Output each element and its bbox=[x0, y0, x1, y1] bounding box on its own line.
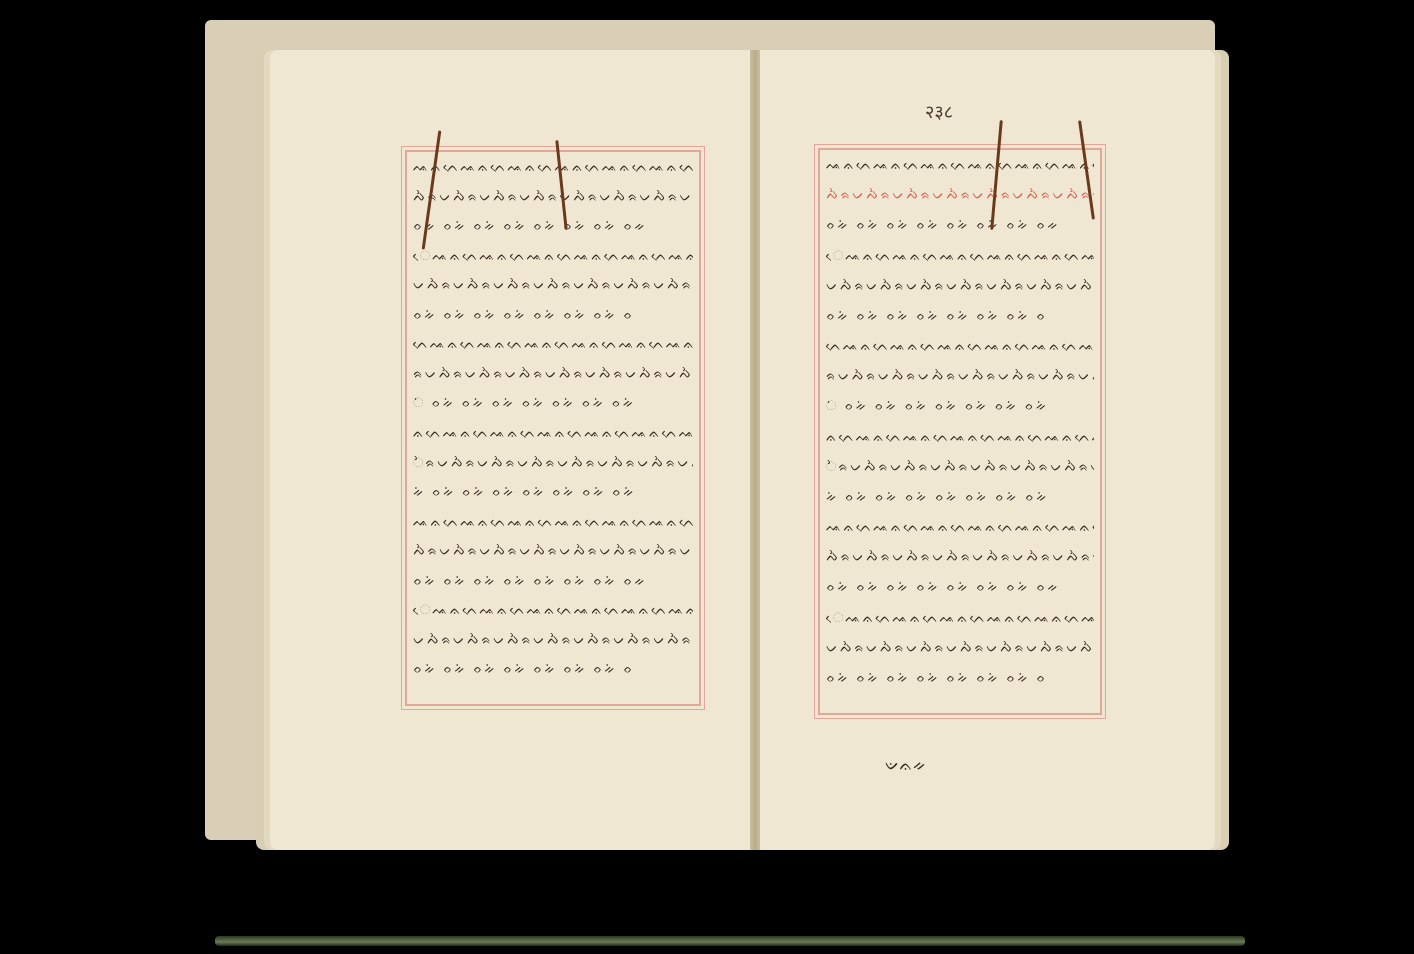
manuscript-line: ᨊᨈᨙᨕᨊᨈᨙᨕᨊᨈᨙᨕᨊᨈᨙᨕᨊᨈᨙᨕᨊᨈᨙᨕᨊᨈᨙᨕᨊᨈ bbox=[826, 430, 1094, 444]
manuscript-line: ᨙᨕᨊᨈᨙᨕᨊᨈᨙᨕᨊᨈᨙᨕᨊᨈᨙᨕᨊᨈᨙᨕᨊᨈᨙᨕᨊᨈᨙᨕ bbox=[826, 611, 1094, 625]
manuscript-line: ᨔᨀᨗ ᨔᨀᨗ ᨔᨀᨗ ᨔᨀᨗ ᨔᨀᨗ ᨔᨀᨗ ᨔᨀᨗ ᨔ bbox=[826, 671, 1094, 685]
manuscript-line: ᨙᨕᨊᨈᨙᨕᨊᨈᨙᨕᨊᨈᨙᨕᨊᨈᨙᨕᨊᨈᨙᨕᨊᨈᨙᨕᨊᨈᨙᨕ bbox=[413, 603, 693, 617]
manuscript-line: ᨀᨗ ᨔᨀᨗ ᨔᨀᨗ ᨔᨀᨗ ᨔᨀᨗ ᨔᨀᨗ ᨔᨀᨗ ᨔᨀᨗ bbox=[413, 485, 693, 499]
manuscript-line: ᨈᨙᨕᨊᨈᨙᨕᨊᨈᨙᨕᨊᨈᨙᨕᨊᨈᨙᨕᨊᨈᨙᨕᨊᨈᨙᨕᨊᨈᨙ bbox=[826, 339, 1094, 353]
manuscript-line: ᨛᨑᨆᨄᨛᨑᨆᨄᨛᨑᨆᨄᨛᨑᨆᨄᨛᨑᨆᨄᨛᨑᨆᨄᨛᨑᨆᨄᨛᨑ bbox=[413, 456, 693, 470]
manuscript-line: ᨔᨀᨗ ᨔᨀᨗ ᨔᨀᨗ ᨔᨀᨗ ᨔᨀᨗ ᨔᨀᨗ ᨔᨀᨗ ᨔ bbox=[413, 308, 693, 322]
manuscript-line: ᨑᨆᨄᨛᨑᨆᨄᨛᨑᨆᨄᨛᨑᨆᨄᨛᨑᨆᨄᨛᨑᨆᨄᨛᨑᨆᨄᨛᨑᨆ bbox=[826, 369, 1094, 383]
manuscript-line: ᨙᨕᨊᨈᨙᨕᨊᨈᨙᨕᨊᨈᨙᨕᨊᨈᨙᨕᨊᨈᨙᨕᨊᨈᨙᨕᨊᨈᨙᨕ bbox=[826, 249, 1094, 263]
manuscript-line: ᨄᨛᨑᨆᨄᨛᨑᨆᨄᨛᨑᨆᨄᨛᨑᨆᨄᨛᨑᨆᨄᨛᨑᨆᨄᨛᨑᨆᨄᨛ bbox=[413, 190, 693, 204]
left-text-frame: ᨕᨊᨈᨙᨕᨊᨈᨙᨕᨊᨈᨙᨕᨊᨈᨙᨕᨊᨈᨙᨕᨊᨈᨙᨕᨊᨈᨙᨕᨊᨄᨛᨑᨆᨄᨛᨑᨆᨄᨛ… bbox=[405, 150, 701, 706]
page-number: २३८ bbox=[925, 100, 953, 124]
manuscript-line: ᨆᨄᨛᨑᨆᨄᨛᨑᨆᨄᨛᨑᨆᨄᨛᨑᨆᨄᨛᨑᨆᨄᨛᨑᨆᨄᨛᨑᨆᨄ bbox=[826, 641, 1094, 655]
manuscript-line: ᨗ ᨔᨀᨗ ᨔᨀᨗ ᨔᨀᨗ ᨔᨀᨗ ᨔᨀᨗ ᨔᨀᨗ ᨔᨀᨗ bbox=[826, 399, 1094, 413]
manuscript-line: ᨊᨈᨙᨕᨊᨈᨙᨕᨊᨈᨙᨕᨊᨈᨙᨕᨊᨈᨙᨕᨊᨈᨙᨕᨊᨈᨙᨕᨊᨈ bbox=[413, 426, 693, 440]
manuscript-line: ᨕᨊᨈᨙᨕᨊᨈᨙᨕᨊᨈᨙᨕᨊᨈᨙᨕᨊᨈᨙᨕᨊᨈᨙᨕᨊᨈᨙᨕᨊ bbox=[413, 160, 693, 174]
manuscript-line: ᨛᨑᨆᨄᨛᨑᨆᨄᨛᨑᨆᨄᨛᨑᨆᨄᨛᨑᨆᨄᨛᨑᨆᨄᨛᨑᨆᨄᨛᨑ bbox=[826, 460, 1094, 474]
manuscript-line: ᨆᨄᨛᨑᨆᨄᨛᨑᨆᨄᨛᨑᨆᨄᨛᨑᨆᨄᨛᨑᨆᨄᨛᨑᨆᨄᨛᨑᨆᨄ bbox=[826, 279, 1094, 293]
manuscript-line: ᨔᨀᨗ ᨔᨀᨗ ᨔᨀᨗ ᨔᨀᨗ ᨔᨀᨗ ᨔᨀᨗ ᨔᨀᨗ ᨔᨀ bbox=[413, 219, 693, 233]
manuscript-line: ᨔᨀᨗ ᨔᨀᨗ ᨔᨀᨗ ᨔᨀᨗ ᨔᨀᨗ ᨔᨀᨗ ᨔᨀᨗ ᨔᨀ bbox=[413, 574, 693, 588]
manuscript-line: ᨕᨊᨈᨙᨕᨊᨈᨙᨕᨊᨈᨙᨕᨊᨈᨙᨕᨊᨈᨙᨕᨊᨈᨙᨕᨊᨈᨙᨕᨊ bbox=[413, 515, 693, 529]
manuscript-line: ᨕᨊᨈᨙᨕᨊᨈᨙᨕᨊᨈᨙᨕᨊᨈᨙᨕᨊᨈᨙᨕᨊᨈᨙᨕᨊᨈᨙᨕᨊ bbox=[826, 520, 1094, 534]
open-manuscript: ᨕᨊᨈᨙᨕᨊᨈᨙᨕᨊᨈᨙᨕᨊᨈᨙᨕᨊᨈᨙᨕᨊᨈᨙᨕᨊᨈᨙᨕᨊᨄᨛᨑᨆᨄᨛᨑᨆᨄᨛ… bbox=[185, 20, 1235, 850]
manuscript-line: ᨆᨄᨛᨑᨆᨄᨛᨑᨆᨄᨛᨑᨆᨄᨛᨑᨆᨄᨛᨑᨆᨄᨛᨑᨆᨄᨛᨑᨆᨄ bbox=[413, 278, 693, 292]
manuscript-line: ᨆᨄᨛᨑᨆᨄᨛᨑᨆᨄᨛᨑᨆᨄᨛᨑᨆᨄᨛᨑᨆᨄᨛᨑᨆᨄᨛᨑᨆᨄ bbox=[413, 633, 693, 647]
manuscript-line: ᨗ ᨔᨀᨗ ᨔᨀᨗ ᨔᨀᨗ ᨔᨀᨗ ᨔᨀᨗ ᨔᨀᨗ ᨔᨀᨗ bbox=[413, 396, 693, 410]
manuscript-line: ᨔᨀᨗ ᨔᨀᨗ ᨔᨀᨗ ᨔᨀᨗ ᨔᨀᨗ ᨔᨀᨗ ᨔᨀᨗ ᨔ bbox=[826, 309, 1094, 323]
manuscript-line: ᨀᨗ ᨔᨀᨗ ᨔᨀᨗ ᨔᨀᨗ ᨔᨀᨗ ᨔᨀᨗ ᨔᨀᨗ ᨔᨀᨗ bbox=[826, 490, 1094, 504]
manuscript-line: ᨔᨀᨗ ᨔᨀᨗ ᨔᨀᨗ ᨔᨀᨗ ᨔᨀᨗ ᨔᨀᨗ ᨔᨀᨗ ᨔ bbox=[413, 662, 693, 676]
manuscript-line: ᨄᨛᨑᨆᨄᨛᨑᨆᨄᨛᨑᨆᨄᨛᨑᨆᨄᨛᨑᨆᨄᨛᨑᨆᨄᨛᨑᨆᨄᨛ bbox=[826, 188, 1094, 202]
gutter bbox=[750, 50, 760, 850]
manuscript-line: ᨄᨛᨑᨆᨄᨛᨑᨆᨄᨛᨑᨆᨄᨛᨑᨆᨄᨛᨑᨆᨄᨛᨑᨆᨄᨛᨑᨆᨄᨛ bbox=[826, 550, 1094, 564]
manuscript-line: ᨄᨛᨑᨆᨄᨛᨑᨆᨄᨛᨑᨆᨄᨛᨑᨆᨄᨛᨑᨆᨄᨛᨑᨆᨄᨛᨑᨆᨄᨛ bbox=[413, 544, 693, 558]
manuscript-line: ᨕᨊᨈᨙᨕᨊᨈᨙᨕᨊᨈᨙᨕᨊᨈᨙᨕᨊᨈᨙᨕᨊᨈᨙᨕᨊᨈᨙᨕᨊ bbox=[826, 158, 1094, 172]
manuscript-line: ᨙᨕᨊᨈᨙᨕᨊᨈᨙᨕᨊᨈᨙᨕᨊᨈᨙᨕᨊᨈᨙᨕᨊᨈᨙᨕᨊᨈᨙᨕ bbox=[413, 249, 693, 263]
manuscript-line: ᨔᨀᨗ ᨔᨀᨗ ᨔᨀᨗ ᨔᨀᨗ ᨔᨀᨗ ᨔᨀᨗ ᨔᨀᨗ ᨔᨀ bbox=[826, 580, 1094, 594]
bottom-strip bbox=[215, 936, 1245, 946]
manuscript-line: ᨈᨙᨕᨊᨈᨙᨕᨊᨈᨙᨕᨊᨈᨙᨕᨊᨈᨙᨕᨊᨈᨙᨕᨊᨈᨙᨕᨊᨈᨙ bbox=[413, 337, 693, 351]
catchword: ᨉᨊᨀ bbox=[885, 755, 926, 775]
manuscript-line: ᨔᨀᨗ ᨔᨀᨗ ᨔᨀᨗ ᨔᨀᨗ ᨔᨀᨗ ᨔᨀᨗ ᨔᨀᨗ ᨔᨀ bbox=[826, 218, 1094, 232]
manuscript-line: ᨑᨆᨄᨛᨑᨆᨄᨛᨑᨆᨄᨛᨑᨆᨄᨛᨑᨆᨄᨛᨑᨆᨄᨛᨑᨆᨄᨛᨑᨆ bbox=[413, 367, 693, 381]
right-text-frame: ᨕᨊᨈᨙᨕᨊᨈᨙᨕᨊᨈᨙᨕᨊᨈᨙᨕᨊᨈᨙᨕᨊᨈᨙᨕᨊᨈᨙᨕᨊᨄᨛᨑᨆᨄᨛᨑᨆᨄᨛ… bbox=[818, 148, 1102, 715]
